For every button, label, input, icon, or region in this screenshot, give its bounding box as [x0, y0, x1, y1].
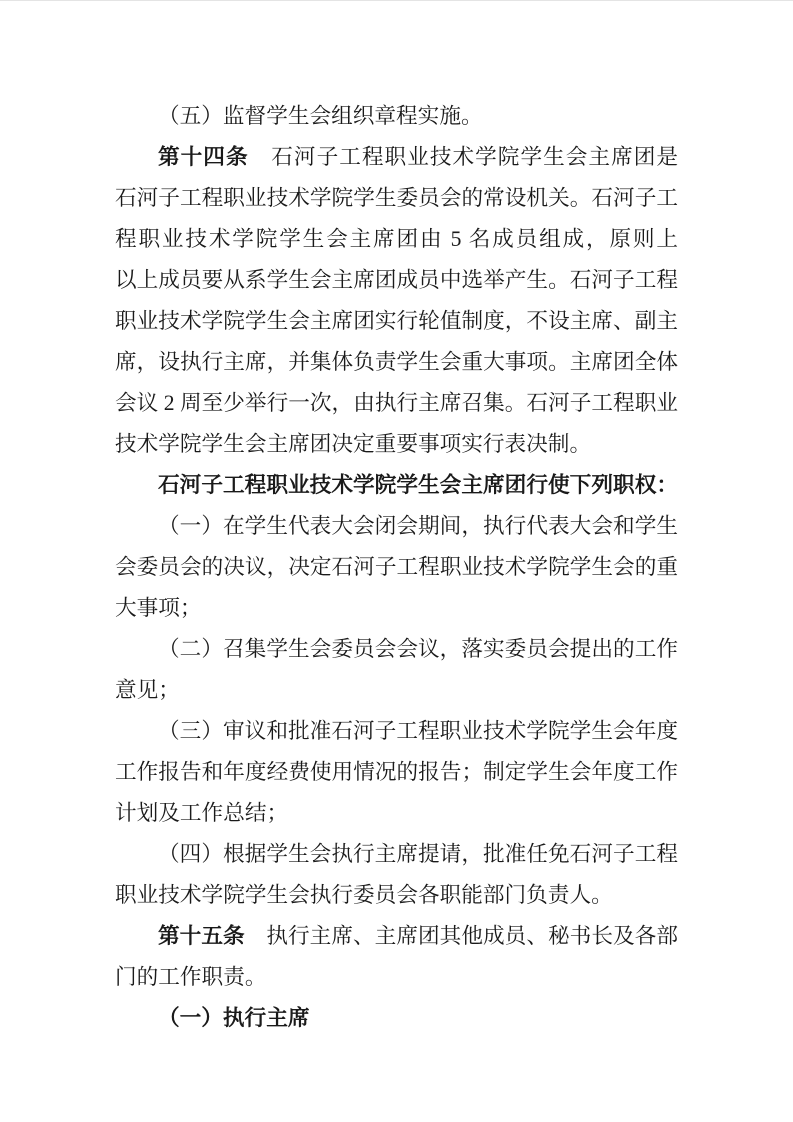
text-run: 石河子工程职业技术学院学生会主席团是	[249, 145, 678, 169]
text-run: 门的工作职责。	[115, 965, 266, 989]
text-line: 计划及工作总结；	[115, 793, 678, 834]
text-run: 会委员会的决议，决定石河子工程职业技术学院学生会的重	[115, 555, 678, 579]
text-line: 门的工作职责。	[115, 957, 678, 998]
document-body: （五）监督学生会组织章程实施。第十四条 石河子工程职业技术学院学生会主席团是石河…	[115, 96, 678, 1039]
paragraph-clause-15: 第十五条 执行主席、主席团其他成员、秘书长及各部门的工作职责。	[115, 916, 678, 998]
paragraph-power-item-2: （二）召集学生会委员会会议，落实委员会提出的工作意见；	[115, 629, 678, 711]
text-line: （二）召集学生会委员会会议，落实委员会提出的工作	[115, 629, 678, 670]
text-line: 席，设执行主席，并集体负责学生会重大事项。主席团全体	[115, 342, 678, 383]
text-line: 职业技术学院学生会执行委员会各职能部门负责人。	[115, 875, 678, 916]
text-run: 意见；	[115, 678, 180, 702]
text-line: 以上成员要从系学生会主席团成员中选举产生。石河子工程	[115, 260, 678, 301]
paragraph-clause-15-item-1: （一）执行主席	[115, 998, 678, 1039]
text-run: （五）监督学生会组织章程实施。	[158, 104, 483, 128]
text-run: （二）召集学生会委员会会议，落实委员会提出的工作	[158, 637, 678, 661]
bold-text-run: 石河子工程职业技术学院学生会主席团行使下列职权：	[158, 473, 678, 497]
text-run: 石河子工程职业技术学院学生委员会的常设机关。石河子工	[115, 186, 678, 210]
paragraph-item-5: （五）监督学生会组织章程实施。	[115, 96, 678, 137]
paragraph-power-item-4: （四）根据学生会执行主席提请，批准任免石河子工程职业技术学院学生会执行委员会各职…	[115, 834, 678, 916]
text-run: 席，设执行主席，并集体负责学生会重大事项。主席团全体	[115, 350, 678, 374]
text-run: （四）根据学生会执行主席提请，批准任免石河子工程	[158, 842, 678, 866]
text-line: 程职业技术学院学生会主席团由 5 名成员组成，原则上 50%	[115, 219, 678, 260]
text-line: 大事项；	[115, 588, 678, 629]
text-line: （五）监督学生会组织章程实施。	[115, 96, 678, 137]
bold-text-run: 第十四条	[158, 145, 249, 169]
text-run: 技术学院学生会主席团决定重要事项实行表决制。	[115, 432, 591, 456]
document-page: （五）监督学生会组织章程实施。第十四条 石河子工程职业技术学院学生会主席团是石河…	[0, 0, 793, 1122]
bold-text-run: 第十五条	[158, 924, 245, 948]
text-line: 第十五条 执行主席、主席团其他成员、秘书长及各部	[115, 916, 678, 957]
text-line: 第十四条 石河子工程职业技术学院学生会主席团是	[115, 137, 678, 178]
text-line: 工作报告和年度经费使用情况的报告；制定学生会年度工作	[115, 752, 678, 793]
text-line: 技术学院学生会主席团决定重要事项实行表决制。	[115, 424, 678, 465]
text-run: 大事项；	[115, 596, 202, 620]
text-run: 职业技术学院学生会主席团实行轮值制度，不设主席、副主	[115, 309, 678, 333]
paragraph-clause-14: 第十四条 石河子工程职业技术学院学生会主席团是石河子工程职业技术学院学生委员会的…	[115, 137, 678, 465]
text-line: （三）审议和批准石河子工程职业技术学院学生会年度	[115, 711, 678, 752]
text-run: （三）审议和批准石河子工程职业技术学院学生会年度	[158, 719, 678, 743]
text-line: 会委员会的决议，决定石河子工程职业技术学院学生会的重	[115, 547, 678, 588]
text-run: （一）在学生代表大会闭会期间，执行代表大会和学生	[158, 514, 678, 538]
text-run: 执行主席、主席团其他成员、秘书长及各部	[245, 924, 678, 948]
text-run: 工作报告和年度经费使用情况的报告；制定学生会年度工作	[115, 760, 678, 784]
text-line: 意见；	[115, 670, 678, 711]
paragraph-presidium-powers-heading: 石河子工程职业技术学院学生会主席团行使下列职权：	[115, 465, 678, 506]
text-line: （一）执行主席	[115, 998, 678, 1039]
text-line: （四）根据学生会执行主席提请，批准任免石河子工程	[115, 834, 678, 875]
text-line: 石河子工程职业技术学院学生会主席团行使下列职权：	[115, 465, 678, 506]
text-line: 职业技术学院学生会主席团实行轮值制度，不设主席、副主	[115, 301, 678, 342]
paragraph-power-item-1: （一）在学生代表大会闭会期间，执行代表大会和学生会委员会的决议，决定石河子工程职…	[115, 506, 678, 629]
text-line: 石河子工程职业技术学院学生委员会的常设机关。石河子工	[115, 178, 678, 219]
text-run: 以上成员要从系学生会主席团成员中选举产生。石河子工程	[115, 268, 678, 292]
bold-text-run: （一）执行主席	[158, 1006, 309, 1030]
paragraph-power-item-3: （三）审议和批准石河子工程职业技术学院学生会年度工作报告和年度经费使用情况的报告…	[115, 711, 678, 834]
text-line: （一）在学生代表大会闭会期间，执行代表大会和学生	[115, 506, 678, 547]
text-run: 会议 2 周至少举行一次，由执行主席召集。石河子工程职业	[115, 391, 678, 415]
text-line: 会议 2 周至少举行一次，由执行主席召集。石河子工程职业	[115, 383, 678, 424]
text-run: 职业技术学院学生会执行委员会各职能部门负责人。	[115, 883, 613, 907]
text-run: 程职业技术学院学生会主席团由 5 名成员组成，原则上 50%	[115, 227, 678, 260]
text-run: 计划及工作总结；	[115, 801, 288, 825]
